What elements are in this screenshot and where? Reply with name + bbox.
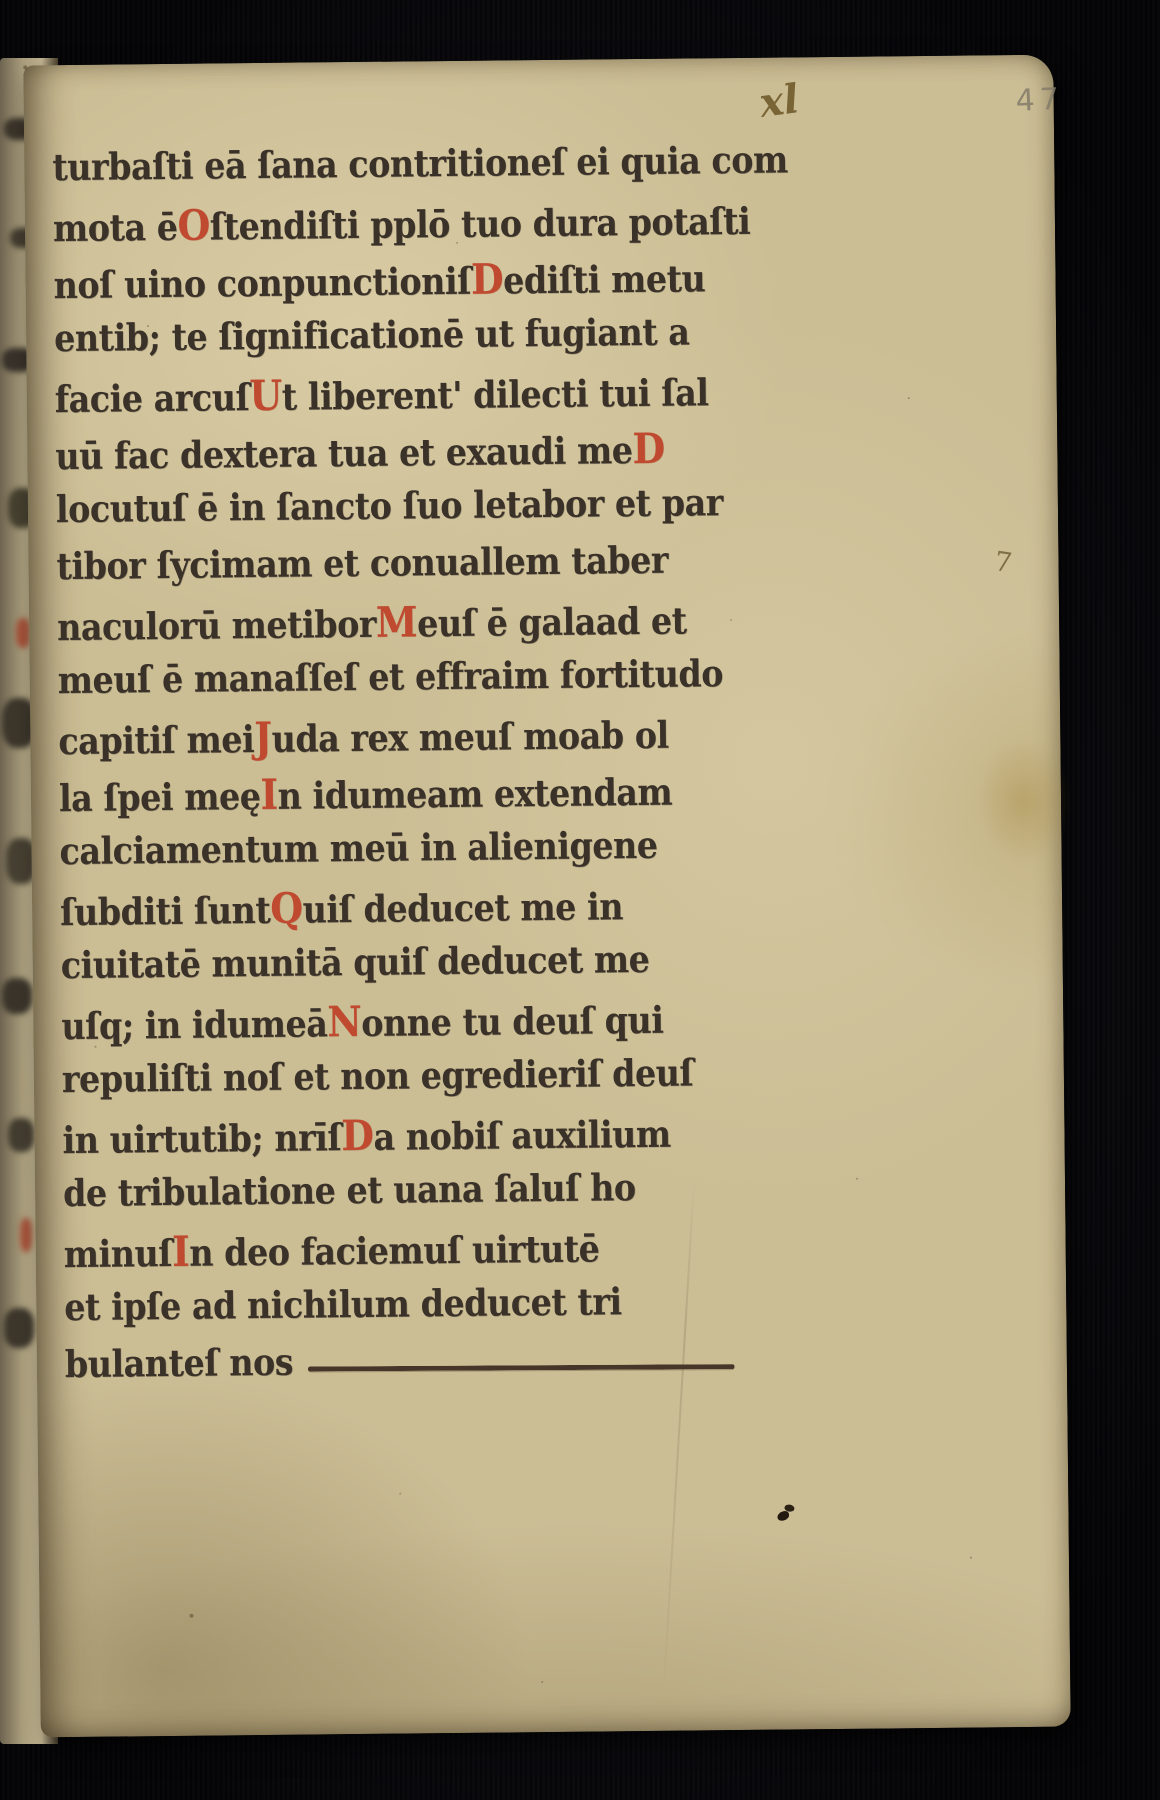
text-segment: entib; te ſignificationē ut fugiant a xyxy=(54,309,690,360)
quire-mark: xl xyxy=(757,75,802,127)
text-segment: uda rex meuſ moab ol xyxy=(271,713,669,761)
manuscript-line: turbaſti eā ſana contritioneſ ei quia co… xyxy=(52,138,726,202)
text-segment: uiſ deducet me in xyxy=(302,884,623,931)
rubric-initial: M xyxy=(376,597,418,646)
manuscript-line: et ipſe ad nichilum deducet tri xyxy=(64,1278,738,1342)
text-segment: turbaſti eā ſana contritioneſ ei quia co… xyxy=(52,137,788,189)
rubric-initial: N xyxy=(327,997,361,1046)
manuscript-line: bulanteſ nos xyxy=(65,1335,739,1399)
rubric-initial: U xyxy=(249,371,282,420)
manuscript-line: locutuſ ē in ſancto ſuo letabor et par xyxy=(56,480,730,544)
text-segment: mota ē xyxy=(53,205,178,250)
text-segment: ediſti metu xyxy=(503,256,706,302)
margin-pen-mark: 7 xyxy=(992,546,1014,579)
manuscript-line: in uirtutib; nrīſ Da nobiſ auxilium xyxy=(62,1107,736,1171)
manuscript-line: de tribulatione et uana ſaluſ ho xyxy=(63,1164,737,1228)
rubric-initial: D xyxy=(632,424,665,473)
manuscript-line: minuſ I n deo faciemuſ uirtutē xyxy=(63,1221,737,1285)
text-segment: ſubditi ſunt xyxy=(60,888,271,934)
manuscript-line: naculorū metibor Meuſ ē galaad et xyxy=(57,594,731,658)
parchment-page: xl 47 7 turbaſti eā ſana contritioneſ ei… xyxy=(23,55,1070,1738)
manuscript-line: facie arcuſ Ut liberent' dilecti tui ſal xyxy=(54,366,728,430)
text-segment: n idumeam extendam xyxy=(277,770,672,818)
manuscript-line: la ſpei meę In idumeam extendam xyxy=(59,765,733,829)
parchment-stain xyxy=(974,735,1071,866)
manuscript-line: calciamentum meū in alienigene xyxy=(59,822,733,886)
text-segment: a nobiſ auxilium xyxy=(373,1112,671,1159)
text-segment: noſ uino conpunctioniſ xyxy=(53,259,471,307)
text-segment: tibor ſycimam et conuallem taber xyxy=(56,538,668,588)
text-segment: facie arcuſ xyxy=(55,375,250,421)
text-segment: onne tu deuſ qui xyxy=(361,998,664,1045)
manuscript-line: uſq; in idumeā Nonne tu deuſ qui xyxy=(61,993,735,1057)
manuscript-photo: xl 47 7 turbaſti eā ſana contritioneſ ei… xyxy=(0,0,1160,1800)
text-segment: ciuitatē munitā quiſ deducet me xyxy=(60,937,649,987)
text-segment: naculorū metibor xyxy=(57,602,376,649)
text-segment: calciamentum meū in alienigene xyxy=(59,823,657,873)
manuscript-line: noſ uino conpunctioniſ Dediſti metu xyxy=(53,252,727,316)
line-filler-stroke xyxy=(308,1364,735,1371)
manuscript-line: tibor ſycimam et conuallem taber xyxy=(56,537,730,601)
text-segment: minuſ xyxy=(63,1231,172,1276)
text-segment: ſtendiſti pplō tuo dura potaſti xyxy=(210,199,751,249)
facing-page-text-smudge xyxy=(8,1118,34,1152)
text-segment: capitiſ mei xyxy=(58,717,254,763)
rubric-initial: D xyxy=(341,1111,374,1160)
text-segment: uū fac dextera tua et exaudi me xyxy=(55,428,633,478)
manuscript-line: ciuitatē munitā quiſ deducet me xyxy=(60,936,734,1000)
text-segment: la ſpei meę xyxy=(59,774,261,820)
parchment-speckles xyxy=(23,65,27,69)
rubric-initial: O xyxy=(177,200,210,249)
rubric-initial: I xyxy=(172,1227,190,1276)
text-segment: euſ ē galaad et xyxy=(417,599,687,646)
text-segment: n deo faciemuſ uirtutē xyxy=(189,1226,600,1274)
ink-blot xyxy=(775,1503,798,1522)
rubric-initial: D xyxy=(471,254,504,303)
rubric-initial: I xyxy=(260,770,278,819)
text-segment: et ipſe ad nichilum deducet tri xyxy=(64,1279,622,1329)
facing-page-text-smudge xyxy=(4,1308,34,1348)
text-segment: in uirtutib; nrīſ xyxy=(62,1115,341,1162)
text-segment: t liberent' dilecti tui ſal xyxy=(281,370,708,418)
manuscript-line: ſubditi ſunt Quiſ deducet me in xyxy=(60,879,734,943)
facing-page-rubric-smudge xyxy=(16,618,30,648)
text-segment: repuliſti noſ et non egredieriſ deuſ xyxy=(62,1050,694,1101)
manuscript-line: entib; te ſignificationē ut fugiant a xyxy=(54,309,728,373)
rubric-initial: Q xyxy=(270,884,303,933)
text-block: turbaſti eā ſana contritioneſ ei quia co… xyxy=(52,137,813,1399)
manuscript-line: mota ē Oſtendiſti pplō tuo dura potaſti xyxy=(53,195,727,259)
manuscript-line: uū fac dextera tua et exaudi me D xyxy=(55,423,729,487)
text-segment: meuſ ē manaſſeſ et effraim fortitudo xyxy=(57,651,723,702)
facing-page-rubric-smudge xyxy=(20,1218,32,1252)
text-segment: de tribulatione et uana ſaluſ ho xyxy=(63,1165,636,1215)
manuscript-line: meuſ ē manaſſeſ et effraim fortitudo xyxy=(57,651,731,715)
folio-number: 47 xyxy=(1015,82,1065,119)
text-segment: locutuſ ē in ſancto ſuo letabor et par xyxy=(56,480,723,531)
manuscript-line: capitiſ mei J uda rex meuſ moab ol xyxy=(58,708,732,772)
facing-page-text-smudge xyxy=(2,978,32,1014)
text-segment: uſq; in idumeā xyxy=(61,1001,327,1048)
rubric-initial: J xyxy=(254,713,272,762)
manuscript-line: repuliſti noſ et non egredieriſ deuſ xyxy=(62,1050,736,1114)
text-segment: bulanteſ nos xyxy=(65,1340,294,1386)
